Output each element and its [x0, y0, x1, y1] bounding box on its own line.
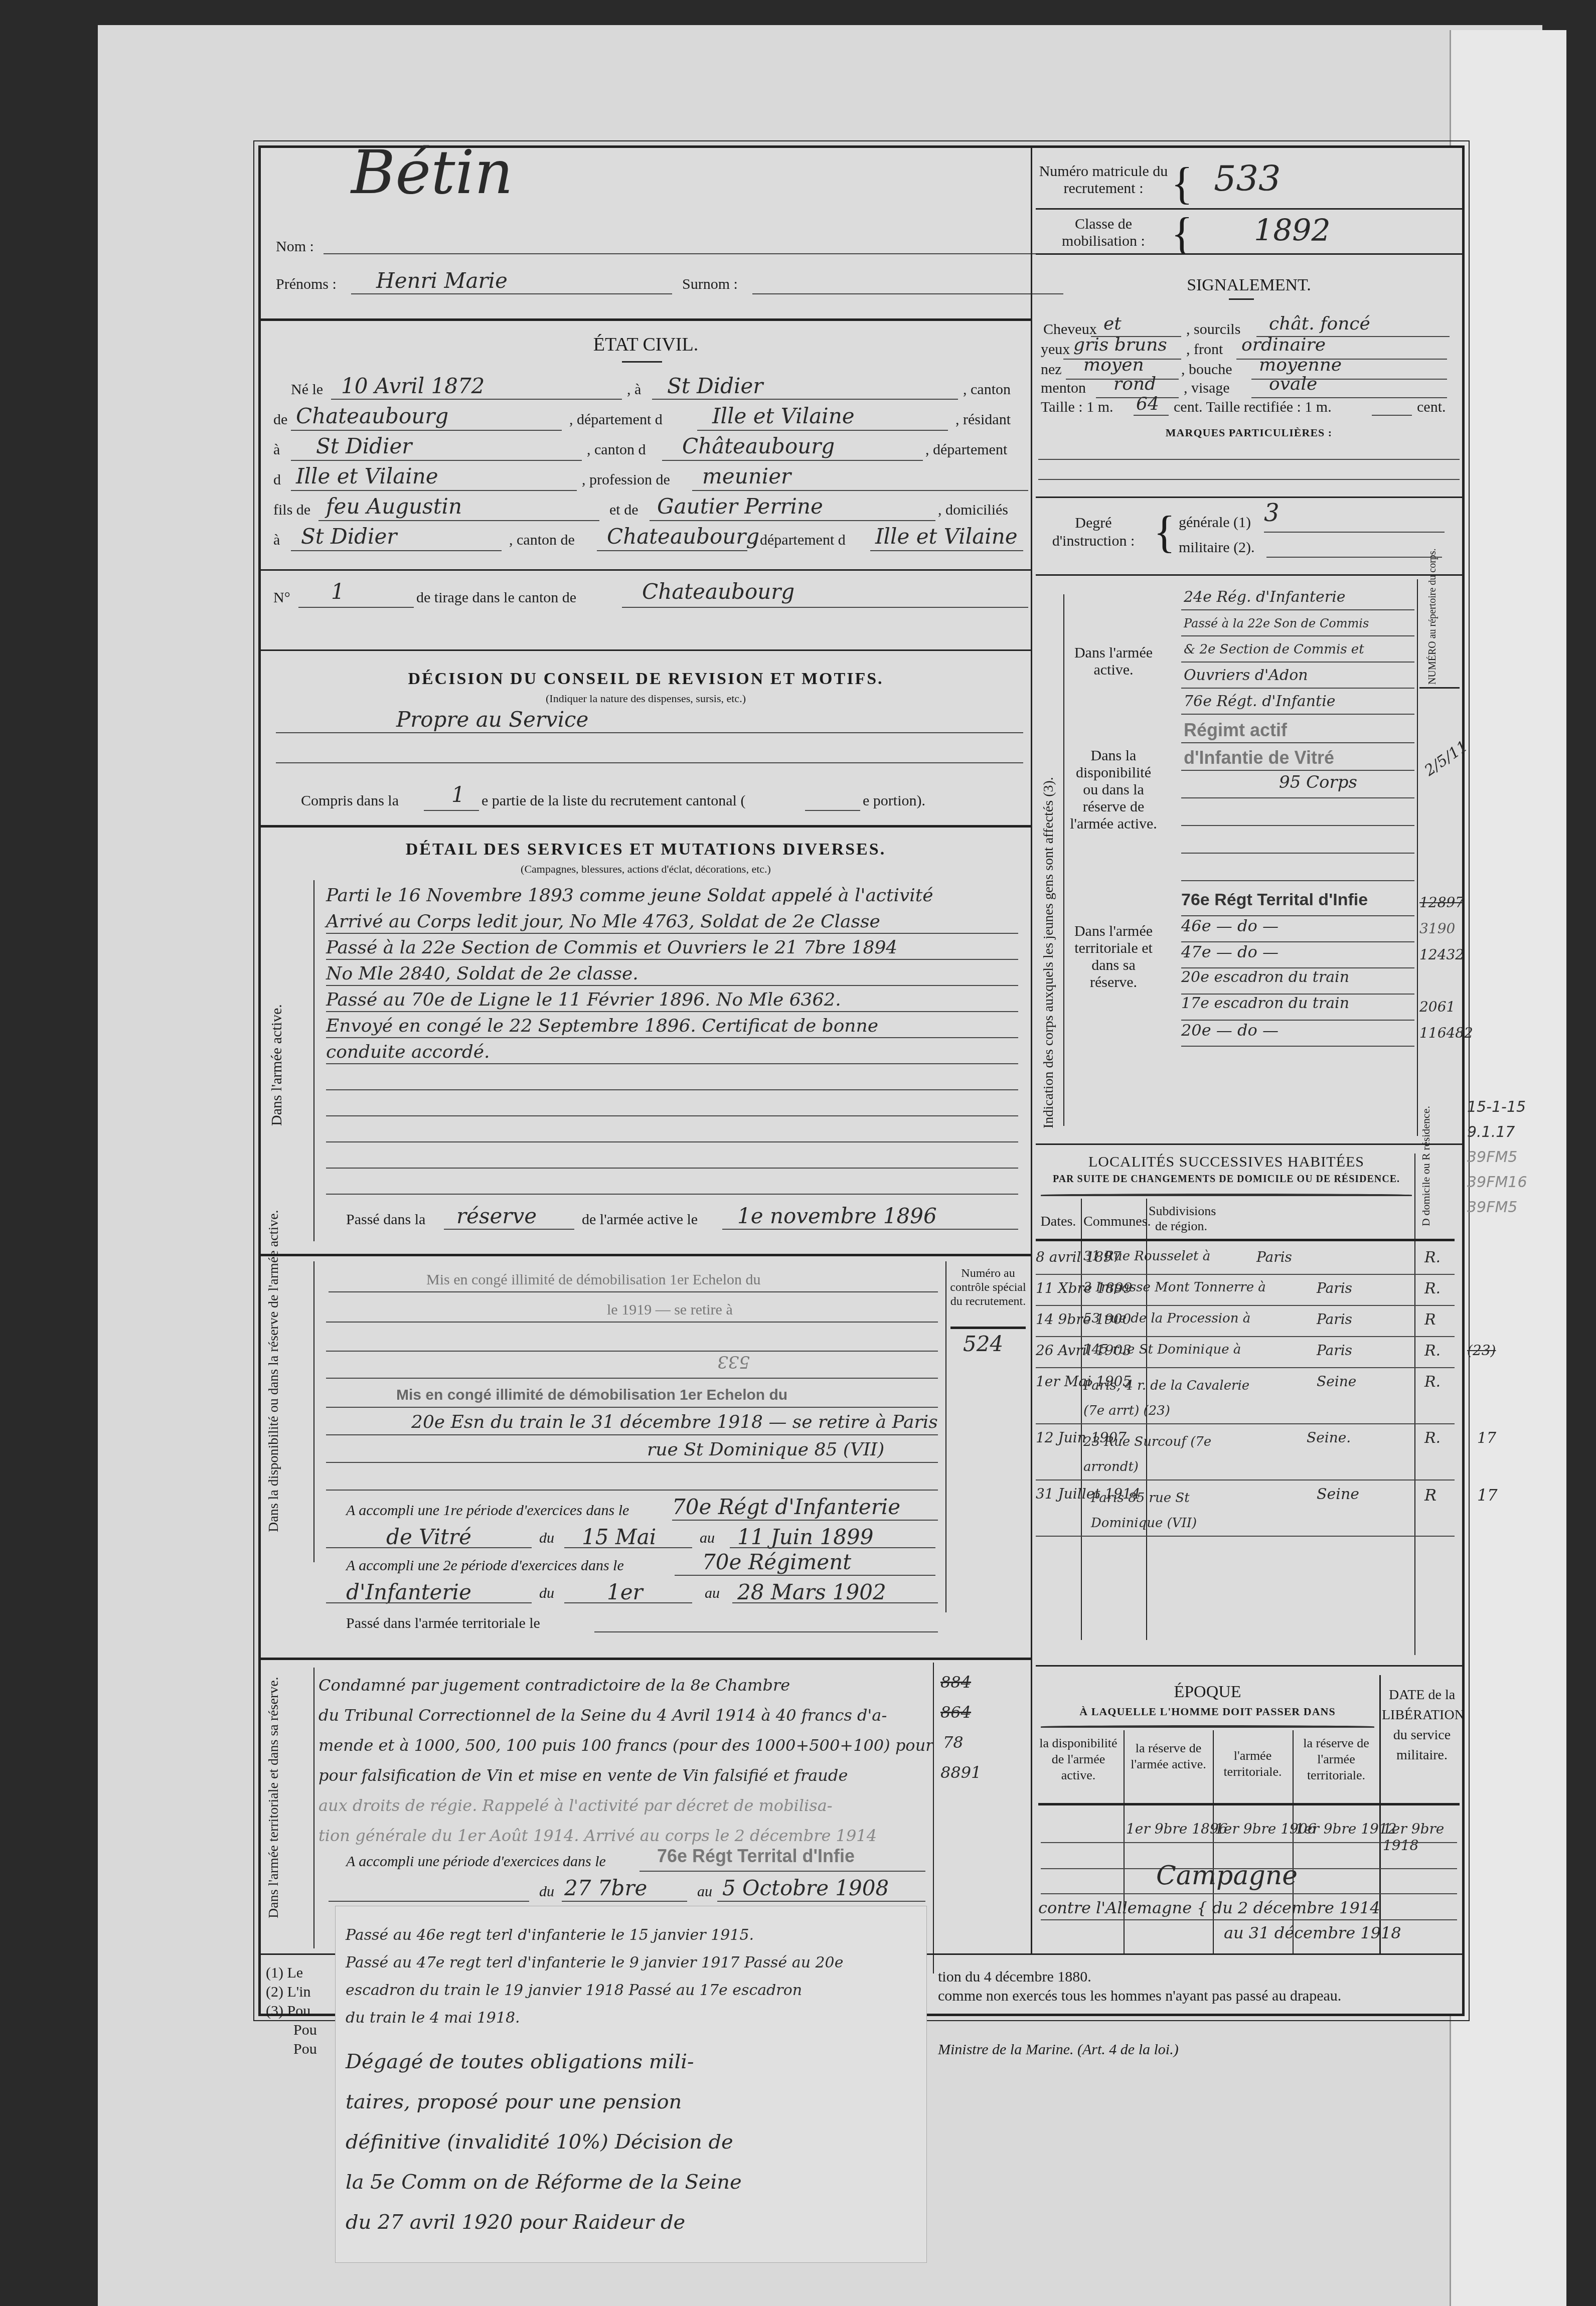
birth-place-value: St Didier	[667, 374, 763, 398]
residant-a-label: à	[273, 441, 280, 458]
tirage-canton-label: de tirage dans le canton de	[416, 589, 576, 606]
periode2-du: 1er	[607, 1580, 643, 1604]
localite-row: 11 Xbre 1899 3 Impasse Mont Tonnerre à P…	[1036, 1275, 1455, 1306]
localite-subdivision: Paris	[1256, 1249, 1292, 1265]
numero-controle-header: Numéro au contrôle spécial du recrutemen…	[948, 1266, 1028, 1308]
services-subtitle: (Campagnes, blessures, actions d'éclat, …	[261, 863, 1031, 876]
pasted-note-slip: Passé au 46e regt terl d'infanterie le 1…	[335, 1906, 927, 2263]
localite-row: 31 Juillet 1914 Paris 85 rue St Dominiqu…	[1036, 1480, 1455, 1537]
corps-territ-row: 76e Régt Territal d'Infie 12897	[1181, 890, 1462, 916]
yeux-value: gris bruns	[1073, 335, 1167, 355]
localite-dr: R.	[1424, 1342, 1441, 1360]
localite-commune: 145 rue St Dominique à	[1083, 1342, 1241, 1357]
epoque-col-dispo: la disponibilité de l'armée active.	[1036, 1735, 1121, 1783]
footnote-right-2: comme non exercés tous les hommes n'ayan…	[938, 1988, 1341, 2005]
numero-repertoire-label: NUMÉRO au répertoire du corps.	[1427, 548, 1439, 685]
service-line: Passé au 70e de Ligne le 11 Février 1896…	[326, 987, 1018, 1013]
birth-departement-value: Ille et Vilaine	[712, 404, 855, 428]
territ-corps: 47e — do —	[1181, 942, 1279, 961]
instruction-militaire-label: militaire (2).	[1179, 539, 1255, 556]
front-value: ordinaire	[1241, 335, 1326, 355]
residence-canton-label: , canton d	[587, 441, 646, 458]
tirage-no-value: 1	[331, 579, 345, 604]
classe-label: Classe de mobilisation :	[1036, 216, 1171, 250]
localite-dr: R	[1424, 1311, 1436, 1329]
service-line: Passé à la 22e Section de Commis et Ouvr…	[326, 935, 1018, 961]
dom-canton-label: , canton de	[509, 532, 575, 549]
campagne-line-2: au 31 décembre 1918	[1224, 1923, 1401, 1942]
parents-departement-value: Ille et Vilaine	[875, 524, 1018, 549]
instruction-generale-value: 3	[1264, 499, 1280, 527]
corps-active-entry: Ouvriers d'Adon	[1184, 663, 1414, 689]
canton-label: , canton	[963, 381, 1011, 398]
corps-active-entry: 76e Régt. d'Infantie	[1184, 689, 1414, 715]
periode1-corps: 70e Régt d'Infanterie	[672, 1495, 900, 1519]
annotation-code: 39FM16	[1467, 1174, 1527, 1191]
au-label: au	[705, 1585, 720, 1602]
footnote-3b: Pou	[266, 2021, 317, 2040]
pasted-line: définitive (invalidité 10%) Décision de	[346, 2122, 917, 2162]
localite-extra: (23)	[1467, 1342, 1496, 1359]
footnote-right-3: Ministre de la Marine. (Art. 4 de la loi…	[938, 2041, 1179, 2058]
periode2-corps: 70e Régiment	[702, 1550, 851, 1574]
epoque-col-reserve-active: la réserve de l'armée active.	[1125, 1740, 1212, 1772]
margin-number: 8891	[940, 1763, 981, 1782]
passe-territoriale-label: Passé dans l'armée territoriale le	[346, 1615, 540, 1632]
footnote-right-1: tion du 4 décembre 1880.	[938, 1968, 1091, 1986]
annotation-code: 39FM5	[1467, 1148, 1517, 1166]
localite-subdivision: Paris	[1317, 1342, 1352, 1359]
territoriale-line: du Tribunal Correctionnel de la Seine du…	[318, 1700, 935, 1730]
corps-dispo-entry: d'Infantie de Vitré	[1184, 747, 1334, 768]
pasted-line: escadron du train le 19 janvier 1918 Pas…	[346, 1976, 917, 2004]
au-label: au	[697, 1883, 712, 1900]
localite-row: 14 9bre 1900 53 rue de la Procession à P…	[1036, 1306, 1455, 1337]
territ-corps: 46e — do —	[1181, 916, 1279, 935]
localite-subdivision: Seine.	[1307, 1429, 1351, 1446]
pasted-line: du 27 avril 1920 pour Raideur de	[346, 2202, 917, 2242]
periode1-du: 15 Mai	[582, 1525, 656, 1549]
corps-active-entries: 24e Rég. d'Infanterie Passé à la 22e Son…	[1184, 584, 1414, 715]
margin-number: 78	[943, 1733, 964, 1752]
military-register-form: Nom : Bétin Prénoms : Henri Marie Surnom…	[258, 145, 1465, 2016]
territ-numero: 3190	[1419, 920, 1455, 937]
territ-numero: 12897	[1419, 894, 1464, 911]
service-line: conduite accordé.	[326, 1039, 1018, 1065]
territ-corps: 20e escadron du train	[1181, 968, 1349, 986]
passe-reserve-label-2: de l'armée active le	[582, 1211, 698, 1228]
parents-canton-value: Chateaubourg	[607, 524, 759, 549]
compris-label-3: e portion).	[863, 792, 925, 809]
bouche-value: moyenne	[1259, 355, 1342, 375]
instruction-brace: {	[1154, 507, 1175, 558]
corps-dispo-entry: 95 Corps	[1279, 772, 1357, 792]
localite-dr: R.	[1424, 1280, 1441, 1297]
localite-commune: 3 Impasse Mont Tonnerre à	[1083, 1280, 1266, 1295]
localites-dr-header: D domicile ou R résidence.	[1419, 1106, 1432, 1226]
birth-canton-value: Chateaubourg	[296, 404, 448, 428]
periode1-au: 11 Juin 1899	[737, 1525, 873, 1549]
corps-territ-row: 20e — do — 116482	[1181, 1021, 1462, 1047]
footnote-1: (1) Le	[266, 1963, 317, 1983]
pasted-line: Passé au 47e regt terl d'infanterie le 9…	[346, 1949, 917, 1976]
tirage-canton-value: Chateaubourg	[642, 579, 794, 604]
localite-subdivision: Seine	[1317, 1373, 1356, 1390]
territ-periode-du: 27 7bre	[564, 1876, 647, 1900]
localite-commune: 31 Rue Rousselet à	[1083, 1249, 1210, 1264]
corps-territ-row: 47e — do — 12432	[1181, 942, 1462, 968]
localite-subdivision: Paris	[1317, 1311, 1352, 1328]
footnote-2: (2) L'in	[266, 1983, 317, 2002]
prenoms-value: Henri Marie	[376, 268, 508, 293]
territoriale-lines: Condamné par jugement contradictoire de …	[318, 1670, 935, 1851]
de-label: de	[273, 411, 287, 428]
territoriale-line: pour falsification de Vin et mise en ven…	[318, 1760, 935, 1790]
visage-value: ovale	[1269, 374, 1317, 394]
footnote-3c: Pou	[266, 2040, 317, 2059]
date-liberation-header: DATE de la LIBÉRATION du service militai…	[1382, 1685, 1462, 1765]
decision-value: Propre au Service	[396, 707, 588, 732]
corps-territ-row: 20e escadron du train	[1181, 968, 1462, 995]
localites-rows: 8 avril 1897 31 Rue Rousselet à Paris R.…	[1036, 1244, 1542, 1537]
faded-mirror-number: 533	[717, 1352, 750, 1372]
col-dates: Dates.	[1036, 1214, 1081, 1230]
localites-title: LOCALITÉS SUCCESSIVES HABITÉES	[1036, 1154, 1417, 1171]
territoriale-side-label: Dans l'armée territoriale et dans sa rés…	[266, 1677, 282, 1918]
residant-label: , résidant	[955, 411, 1011, 428]
parents-domicile-value: St Didier	[301, 524, 397, 549]
yeux-label: yeux	[1041, 341, 1070, 358]
territ-periode-label: A accompli une période d'exercices dans …	[346, 1853, 606, 1870]
localite-dr: R	[1424, 1486, 1437, 1505]
territoriale-line: Condamné par jugement contradictoire de …	[318, 1670, 935, 1700]
du-label: du	[539, 1530, 554, 1547]
dom-departement-label: , département d	[752, 532, 846, 549]
territ-corps: 76e Régt Territal d'Infie	[1181, 890, 1368, 909]
visage-label: , visage	[1184, 380, 1230, 397]
du-label: du	[539, 1883, 554, 1900]
demob-address-line: rue St Dominique 85 (VII)	[647, 1439, 884, 1460]
localite-subdivision: Seine	[1317, 1486, 1359, 1503]
nom-value: Bétin	[351, 138, 513, 208]
menton-label: menton	[1041, 380, 1086, 397]
periode2-label: A accompli une 2e période d'exercices da…	[346, 1557, 624, 1574]
instruction-label: Degré d'instruction :	[1043, 514, 1144, 550]
corps-side-label: Indication des corps auxquels les jeunes…	[1041, 777, 1057, 1128]
localite-dr: R.	[1424, 1373, 1441, 1391]
taille-label: Taille : 1 m.	[1041, 399, 1113, 416]
cent-label: cent.	[1417, 399, 1446, 416]
corps-territ-row: 17e escadron du train 2061	[1181, 995, 1462, 1021]
mother-value: Gautier Perrine	[657, 494, 823, 519]
bouche-label: , bouche	[1181, 361, 1232, 378]
dispo-side-label: Dans la disponibilité ou dans la réserve…	[266, 1210, 282, 1532]
sourcils-value: chât. foncé	[1269, 313, 1370, 334]
col-subdivisions: Subdivisions de région.	[1149, 1204, 1214, 1234]
faded-stamp-line: Mis en congé illimité de démobilisation …	[426, 1271, 761, 1288]
compris-label-2: e partie de la liste du recrutement cant…	[482, 792, 745, 809]
matricule-brace: {	[1171, 158, 1193, 210]
sourcils-label: , sourcils	[1186, 321, 1240, 338]
signalement-title: SIGNALEMENT.	[1036, 276, 1462, 295]
footnotes-left: (1) Le (2) L'in (3) Pou Pou Pou	[266, 1963, 317, 2059]
residence-canton-value: Châteaubourg	[682, 434, 835, 458]
page-edge	[1450, 30, 1566, 2306]
pasted-line: Passé au 46e regt terl d'infanterie le 1…	[346, 1921, 917, 1949]
pasted-note-upper: Passé au 46e regt terl d'infanterie le 1…	[346, 1921, 917, 2032]
service-line: No Mle 2840, Soldat de 2e classe.	[326, 961, 1018, 987]
passe-reserve-date: 1e novembre 1896	[737, 1204, 937, 1228]
campagne-title: Campagne	[1156, 1861, 1298, 1891]
epoque-col-territoriale: l'armée territoriale.	[1214, 1748, 1292, 1780]
faded-stamp-line: le 1919 — se retire à	[607, 1301, 733, 1319]
margin-number: 884	[940, 1673, 971, 1692]
nez-value: moyen	[1083, 355, 1144, 375]
epoque-value-reserve-active: 1er 9bre 1896	[1126, 1821, 1228, 1837]
corps-territ-label: Dans l'armée territoriale et dans sa rés…	[1068, 923, 1159, 991]
localite-extra: 17	[1477, 1486, 1498, 1505]
taille-value: 64	[1136, 394, 1159, 414]
nom-label: Nom :	[276, 238, 314, 255]
epoque-value-reserve-territ: 1er 9bre 1912	[1295, 1821, 1397, 1837]
menton-value: rond	[1113, 374, 1156, 394]
classe-value: 1892	[1254, 213, 1331, 248]
birth-date-value: 10 Avril 1872	[341, 374, 485, 398]
localite-row: 8 avril 1897 31 Rue Rousselet à Paris R.	[1036, 1244, 1455, 1275]
pasted-line: la 5e Comm on de Réforme de la Seine	[346, 2162, 917, 2202]
instruction-generale-label: générale (1)	[1179, 514, 1251, 531]
localite-subdivision: Paris	[1317, 1280, 1352, 1296]
localite-row: 1er Mai 1905 Paris, 4 r. de la Cavalerie…	[1036, 1368, 1455, 1424]
fils-de-label: fils de	[273, 502, 310, 519]
matricule-label: Numéro matricule du recrutement :	[1036, 163, 1171, 197]
etat-civil-title: ÉTAT CIVIL.	[261, 334, 1031, 356]
territ-numero: 116482	[1419, 1025, 1473, 1041]
services-title: DÉTAIL DES SERVICES ET MUTATIONS DIVERSE…	[261, 840, 1031, 859]
corps-active-entry: Passé à la 22e Son de Commis	[1184, 610, 1414, 636]
epoque-col-reserve-territ: la réserve de l'armée territoriale.	[1294, 1735, 1378, 1783]
territ-numero: 12432	[1419, 946, 1464, 963]
residence-departement-label: , département	[925, 441, 1007, 458]
campagne-line-1: contre l'Allemagne { du 2 décembre 1914	[1038, 1898, 1380, 1917]
periode1-lieu: de Vitré	[386, 1525, 471, 1549]
annotation-date: 9.1.17	[1467, 1123, 1515, 1141]
service-line: Arrivé au Corps ledit jour, No Mle 4763,…	[326, 909, 1018, 935]
pasted-note-lower: Dégagé de toutes obligations mili- taire…	[346, 2042, 917, 2242]
territ-periode-au: 5 Octobre 1908	[722, 1876, 889, 1900]
pasted-line: taires, proposé pour une pension	[346, 2082, 917, 2122]
localite-row: 26 Avril 1903 145 rue St Dominique à Par…	[1036, 1337, 1455, 1368]
localite-dr: R.	[1424, 1249, 1441, 1266]
passe-reserve-value: réserve	[456, 1204, 537, 1228]
localite-extra: 17	[1477, 1429, 1496, 1447]
birth-place-label: , à	[627, 381, 641, 398]
territ-corps: 20e — do —	[1181, 1021, 1279, 1040]
annotation-code: 39FM5	[1467, 1199, 1517, 1216]
profession-label: , profession de	[582, 471, 670, 488]
localite-commune: 53 rue de la Procession à	[1083, 1311, 1250, 1326]
localite-commune: 23 Rue Surcouf (7e arrondt)	[1083, 1429, 1244, 1479]
corps-territ-row: 46e — do — 3190	[1181, 916, 1462, 942]
corps-active-entry: & 2e Section de Commis et	[1184, 636, 1414, 663]
territ-corps: 17e escadron du train	[1181, 995, 1349, 1012]
residence-value: St Didier	[316, 434, 412, 458]
demob-stamp-line: Mis en congé illimité de démobilisation …	[396, 1387, 787, 1404]
periode2-corps-cont: d'Infanterie	[346, 1580, 471, 1604]
corps-dispo-label: Dans la disponibilité ou dans la réserve…	[1068, 747, 1159, 833]
localite-commune: Paris 85 rue St Dominique (VII)	[1091, 1486, 1256, 1536]
corps-territ-entries: 76e Régt Territal d'Infie 12897 46e — do…	[1181, 890, 1462, 1047]
epoque-brace	[1041, 1725, 1374, 1728]
periode1-label: A accompli une 1re période d'exercices d…	[346, 1502, 629, 1519]
tirage-no-label: N°	[273, 589, 290, 606]
corps-dispo-entry: Régimt actif	[1184, 720, 1287, 741]
father-value: feu Augustin	[326, 494, 462, 519]
services-side-label: Dans l'armée active.	[268, 1004, 285, 1126]
col-communes: Communes.	[1083, 1214, 1146, 1230]
domicilies-label: , domiciliés	[938, 502, 1008, 519]
compris-label: Compris dans la	[301, 792, 399, 809]
matricule-value: 533	[1214, 158, 1281, 199]
taille-rectifiee-label: cent. Taille rectifiée : 1 m.	[1174, 399, 1332, 416]
territ-periode-corps-stamp: 76e Régt Territal d'Infie	[657, 1846, 855, 1867]
margin-number: 864	[940, 1703, 971, 1722]
surnom-label: Surnom :	[682, 276, 738, 293]
localite-commune: Paris, 4 r. de la Cavalerie (7e arrt) (2…	[1083, 1373, 1259, 1423]
front-label: , front	[1186, 341, 1223, 358]
brace-divider	[1041, 1194, 1412, 1196]
dom-a-label: à	[273, 532, 280, 549]
residence-dep-prefix: d	[273, 471, 281, 488]
footnote-3: (3) Pou	[266, 2002, 317, 2021]
marques-title: MARQUES PARTICULIÈRES :	[1036, 426, 1462, 439]
localites-subtitle: PAR SUITE DE CHANGEMENTS DE DOMICILE OU …	[1036, 1174, 1417, 1185]
passe-reserve-label: Passé dans la	[346, 1211, 425, 1228]
epoque-title: ÉPOQUE	[1036, 1683, 1379, 1702]
decision-subtitle: (Indiquer la nature des dispenses, sursi…	[261, 692, 1031, 705]
corps-active-label: Dans l'armée active.	[1068, 644, 1159, 679]
territoriale-line: mende et à 1000, 500, 100 puis 100 franc…	[318, 1730, 935, 1760]
territ-numero: 2061	[1419, 999, 1455, 1015]
localite-row: 12 Juin 1907 23 Rue Surcouf (7e arrondt)…	[1036, 1424, 1455, 1480]
liberation-date: 1er 9bre 1918	[1383, 1821, 1462, 1854]
cheveux-value: et	[1103, 313, 1122, 334]
decision-title: DÉCISION DU CONSEIL DE REVISION ET MOTIF…	[261, 670, 1031, 689]
compris-value: 1	[451, 782, 465, 807]
prenoms-label: Prénoms :	[276, 276, 337, 293]
ne-le-label: Né le	[291, 381, 323, 398]
departement-label: , département d	[569, 411, 663, 428]
pasted-line: du train le 4 mai 1918.	[346, 2004, 917, 2032]
territoriale-line gray: aux droits de régie. Rappelé à l'activit…	[318, 1790, 935, 1821]
periode2-au: 28 Mars 1902	[737, 1580, 886, 1604]
corps-active-entry: 24e Rég. d'Infanterie	[1184, 584, 1414, 610]
residence-departement-value: Ille et Vilaine	[296, 464, 438, 488]
du-label: du	[539, 1585, 554, 1602]
pasted-line: Dégagé de toutes obligations mili-	[346, 2042, 917, 2082]
demob-line: 20e Esn du train le 31 décembre 1918 — s…	[411, 1412, 938, 1432]
corps-dispo-numero: 2/5/11	[1421, 737, 1471, 779]
numero-controle-value: 524	[963, 1332, 1003, 1356]
au-label: au	[700, 1530, 715, 1547]
nez-label: nez	[1041, 361, 1062, 378]
localite-dr: R.	[1424, 1429, 1441, 1447]
classe-brace: {	[1171, 208, 1193, 260]
annotation-date: 15-1-15	[1467, 1098, 1526, 1116]
service-line: Envoyé en congé le 22 Septembre 1896. Ce…	[326, 1013, 1018, 1039]
et-de-label: et de	[609, 502, 638, 519]
profession-value: meunier	[702, 464, 791, 488]
epoque-subtitle: À LAQUELLE L'HOMME DOIT PASSER DANS	[1036, 1705, 1379, 1718]
service-line: Parti le 16 Novembre 1893 comme jeune So…	[326, 883, 1018, 909]
